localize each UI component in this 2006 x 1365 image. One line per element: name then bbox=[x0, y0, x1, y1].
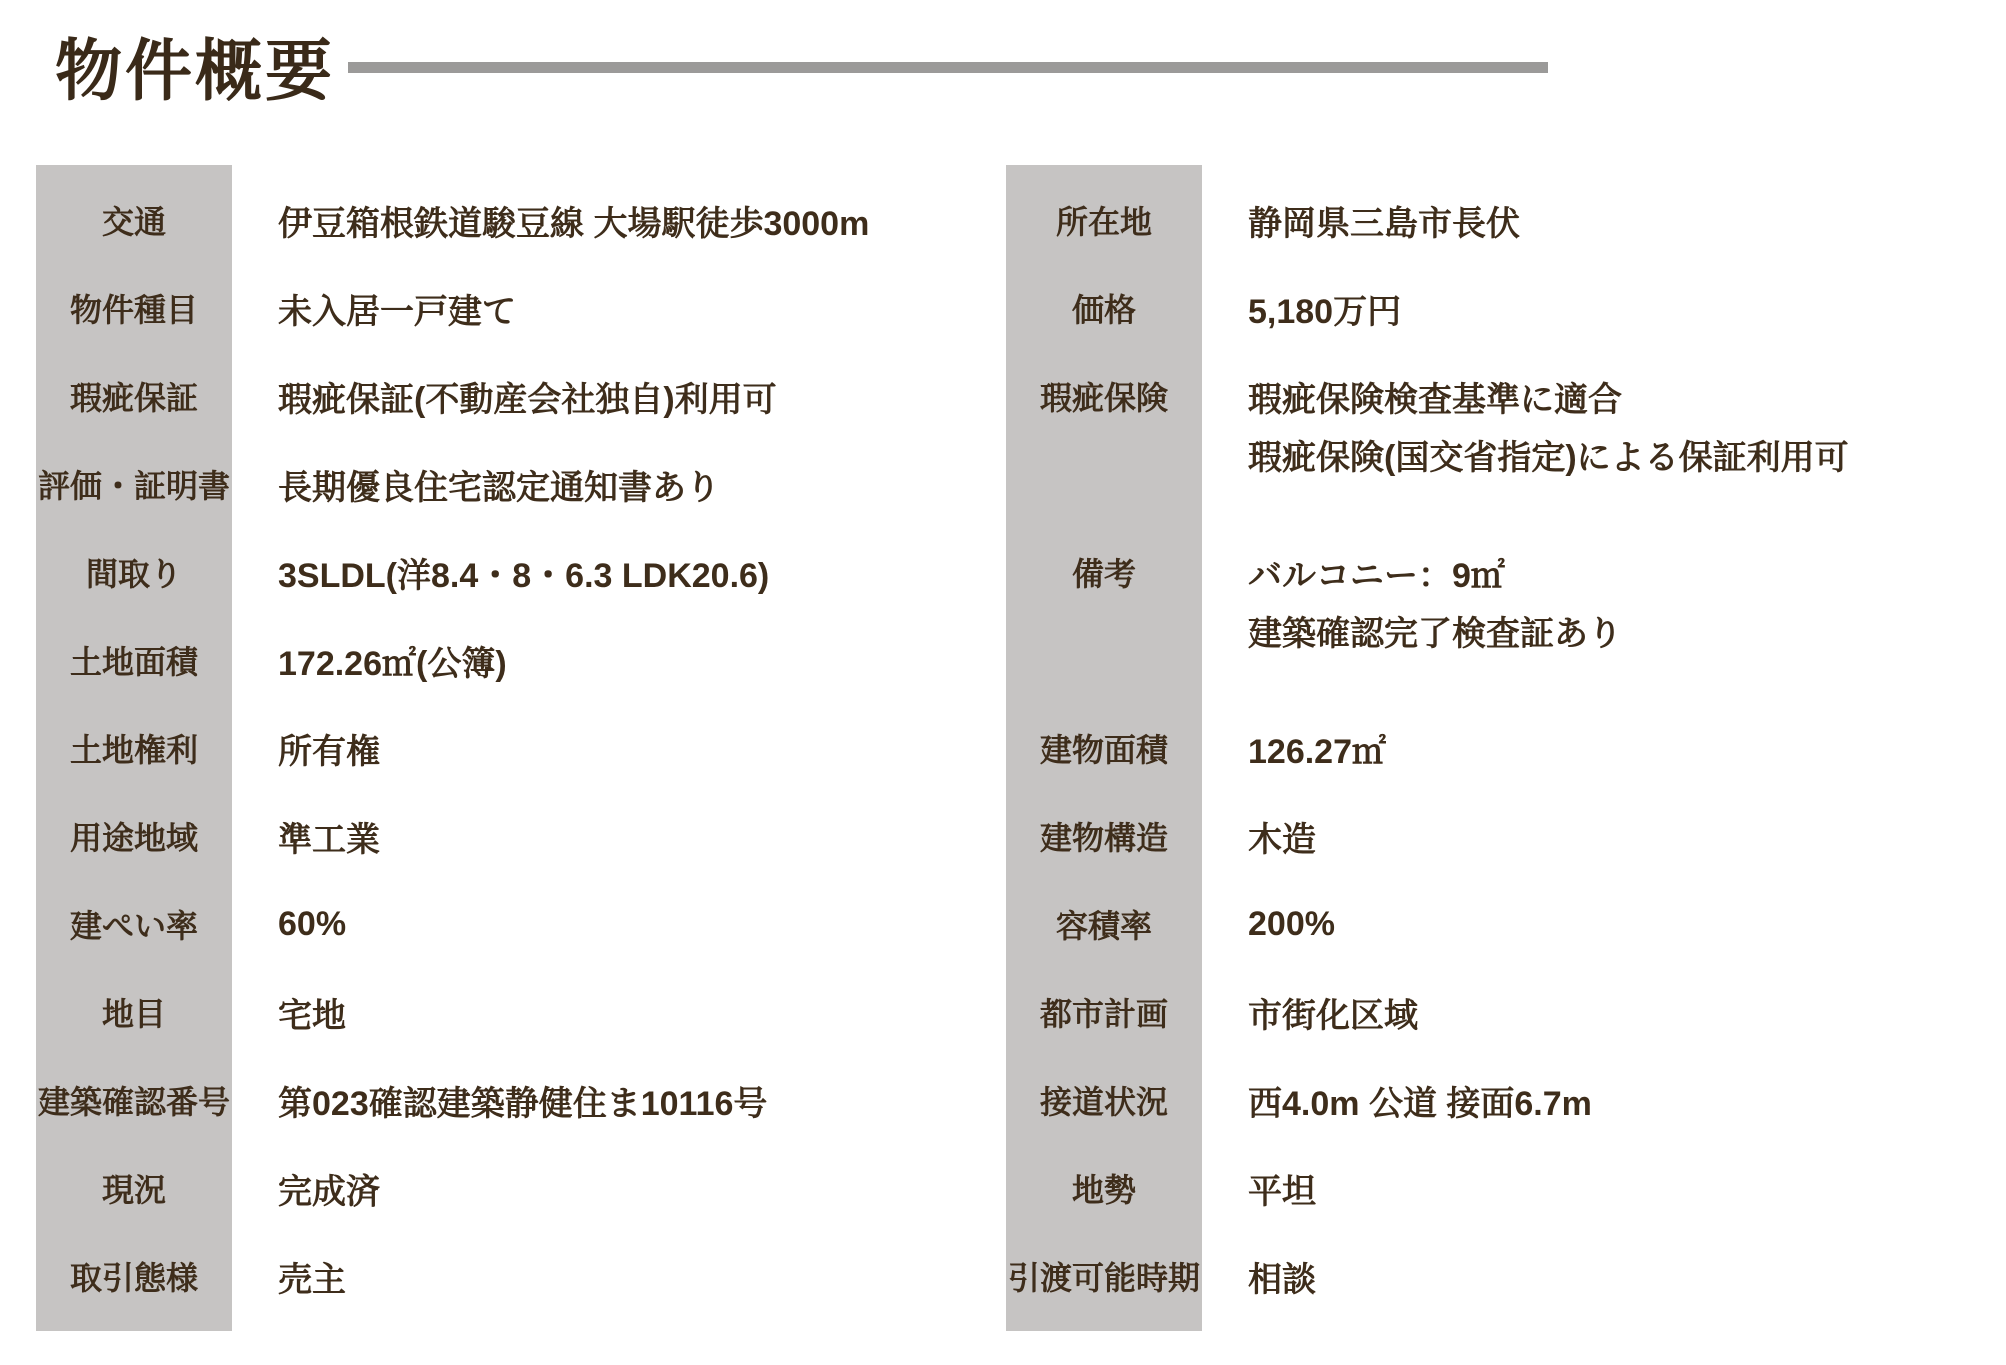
property-overview-page: 物件概要 交通伊豆箱根鉄道駿豆線 大場駅徒歩3000m物件種目未入居一戸建て瑕疵… bbox=[0, 0, 2006, 1365]
title-rule bbox=[348, 62, 1548, 73]
row-label: 備考 bbox=[1006, 528, 1202, 704]
page-title: 物件概要 bbox=[55, 18, 335, 114]
property-table-right: 所在地静岡県三島市長伏価格5,180万円瑕疵保険瑕疵保険検査基準に適合瑕疵保険(… bbox=[1006, 165, 2004, 1331]
row-label: 容積率 bbox=[1006, 880, 1202, 968]
row-value: 172.26㎡(公簿) bbox=[232, 616, 986, 704]
row-value: 木造 bbox=[1202, 792, 2004, 880]
row-value: 第023確認建築静健住ま10116号 bbox=[232, 1056, 986, 1144]
row-label: 建物構造 bbox=[1006, 792, 1202, 880]
row-label-text: 土地権利 bbox=[70, 704, 198, 792]
row-value-line: 平坦 bbox=[1248, 1159, 1316, 1217]
row-label: 物件種目 bbox=[36, 264, 232, 352]
row-value-line: 市街化区域 bbox=[1248, 983, 1418, 1041]
row-label: 価格 bbox=[1006, 264, 1202, 352]
row-value: 平坦 bbox=[1202, 1144, 2004, 1232]
row-value-line: 所有権 bbox=[278, 719, 380, 777]
row-value-line: 静岡県三島市長伏 bbox=[1248, 191, 1520, 249]
row-value: 静岡県三島市長伏 bbox=[1202, 176, 2004, 264]
row-label-text: 価格 bbox=[1072, 264, 1136, 352]
row-label: 瑕疵保証 bbox=[36, 352, 232, 440]
row-value-line: 宅地 bbox=[278, 983, 346, 1041]
row-label: 間取り bbox=[36, 528, 232, 616]
row-label-text: 交通 bbox=[102, 176, 166, 264]
row-value-line: 売主 bbox=[278, 1247, 346, 1305]
row-label-text: 建物構造 bbox=[1040, 792, 1168, 880]
row-value: 西4.0m 公道 接面6.7m bbox=[1202, 1056, 2004, 1144]
row-label: 取引態様 bbox=[36, 1232, 232, 1320]
row-value-line: 3SLDL(洋8.4・8・6.3 LDK20.6) bbox=[278, 543, 769, 601]
row-value: 200% bbox=[1202, 880, 2004, 968]
row-value-line: 相談 bbox=[1248, 1247, 1316, 1305]
row-label-text: 建ぺい率 bbox=[70, 880, 198, 968]
row-label: 交通 bbox=[36, 176, 232, 264]
row-value-line: バルコニー：9㎡ bbox=[1248, 543, 1505, 601]
row-label: 用途地域 bbox=[36, 792, 232, 880]
row-value-line: 未入居一戸建て bbox=[278, 279, 516, 337]
row-label-text: 建物面積 bbox=[1040, 704, 1168, 792]
row-label-text: 地勢 bbox=[1072, 1144, 1136, 1232]
row-label-text: 建築確認番号 bbox=[38, 1056, 230, 1144]
row-label-text: 接道状況 bbox=[1040, 1056, 1168, 1144]
row-value: 準工業 bbox=[232, 792, 986, 880]
row-value: 売主 bbox=[232, 1232, 986, 1320]
row-value-line: 瑕疵保険(国交省指定)による保証利用可 bbox=[1248, 425, 1849, 483]
table-grid-left: 交通伊豆箱根鉄道駿豆線 大場駅徒歩3000m物件種目未入居一戸建て瑕疵保証瑕疵保… bbox=[36, 176, 986, 1320]
row-value: 瑕疵保険検査基準に適合瑕疵保険(国交省指定)による保証利用可 bbox=[1202, 352, 2004, 528]
row-value: 市街化区域 bbox=[1202, 968, 2004, 1056]
row-value-line: 60% bbox=[278, 895, 346, 953]
row-label-text: 評価・証明書 bbox=[38, 440, 230, 528]
row-value: 所有権 bbox=[232, 704, 986, 792]
row-value-line: 5,180万円 bbox=[1248, 279, 1401, 337]
row-value-line: 瑕疵保険検査基準に適合 bbox=[1248, 367, 1622, 425]
row-value: 60% bbox=[232, 880, 986, 968]
row-label: 建築確認番号 bbox=[36, 1056, 232, 1144]
row-value-line: 建築確認完了検査証あり bbox=[1248, 601, 1622, 659]
row-value: 宅地 bbox=[232, 968, 986, 1056]
row-value: 5,180万円 bbox=[1202, 264, 2004, 352]
row-label-text: 瑕疵保険 bbox=[1040, 352, 1168, 440]
row-label: 都市計画 bbox=[1006, 968, 1202, 1056]
row-label: 引渡可能時期 bbox=[1006, 1232, 1202, 1320]
row-value: 伊豆箱根鉄道駿豆線 大場駅徒歩3000m bbox=[232, 176, 986, 264]
row-value-line: 長期優良住宅認定通知書あり bbox=[278, 455, 720, 513]
row-label: 地勢 bbox=[1006, 1144, 1202, 1232]
row-label: 接道状況 bbox=[1006, 1056, 1202, 1144]
row-value-line: 準工業 bbox=[278, 807, 380, 865]
property-table-left: 交通伊豆箱根鉄道駿豆線 大場駅徒歩3000m物件種目未入居一戸建て瑕疵保証瑕疵保… bbox=[36, 165, 986, 1331]
row-label-text: 用途地域 bbox=[70, 792, 198, 880]
row-label-text: 瑕疵保証 bbox=[70, 352, 198, 440]
row-value-line: 172.26㎡(公簿) bbox=[278, 631, 507, 689]
row-label: 建物面積 bbox=[1006, 704, 1202, 792]
row-value-line: 完成済 bbox=[278, 1159, 380, 1217]
row-label-text: 現況 bbox=[102, 1144, 166, 1232]
row-label-text: 都市計画 bbox=[1040, 968, 1168, 1056]
row-value: 完成済 bbox=[232, 1144, 986, 1232]
row-label: 現況 bbox=[36, 1144, 232, 1232]
row-value-line: 瑕疵保証(不動産会社独自)利用可 bbox=[278, 367, 777, 425]
row-label-text: 取引態様 bbox=[70, 1232, 198, 1320]
row-value: 3SLDL(洋8.4・8・6.3 LDK20.6) bbox=[232, 528, 986, 616]
row-value-line: 200% bbox=[1248, 895, 1335, 953]
row-label-text: 所在地 bbox=[1056, 176, 1152, 264]
row-value-line: 西4.0m 公道 接面6.7m bbox=[1248, 1071, 1592, 1129]
row-label-text: 容積率 bbox=[1056, 880, 1152, 968]
row-value: 未入居一戸建て bbox=[232, 264, 986, 352]
row-label: 地目 bbox=[36, 968, 232, 1056]
row-value-line: 木造 bbox=[1248, 807, 1316, 865]
row-value: 126.27㎡ bbox=[1202, 704, 2004, 792]
row-value: 長期優良住宅認定通知書あり bbox=[232, 440, 986, 528]
row-label: 瑕疵保険 bbox=[1006, 352, 1202, 528]
row-value-line: 126.27㎡ bbox=[1248, 719, 1386, 777]
row-label: 建ぺい率 bbox=[36, 880, 232, 968]
table-grid-right: 所在地静岡県三島市長伏価格5,180万円瑕疵保険瑕疵保険検査基準に適合瑕疵保険(… bbox=[1006, 176, 2004, 1320]
row-label-text: 土地面積 bbox=[70, 616, 198, 704]
row-label-text: 地目 bbox=[102, 968, 166, 1056]
row-label: 土地権利 bbox=[36, 704, 232, 792]
row-value-line: 第023確認建築静健住ま10116号 bbox=[278, 1071, 767, 1129]
row-label-text: 引渡可能時期 bbox=[1008, 1232, 1200, 1320]
row-label: 評価・証明書 bbox=[36, 440, 232, 528]
row-value: 瑕疵保証(不動産会社独自)利用可 bbox=[232, 352, 986, 440]
row-value-line: 伊豆箱根鉄道駿豆線 大場駅徒歩3000m bbox=[278, 191, 869, 249]
row-value: バルコニー：9㎡建築確認完了検査証あり bbox=[1202, 528, 2004, 704]
row-label-text: 間取り bbox=[86, 528, 182, 616]
row-label: 所在地 bbox=[1006, 176, 1202, 264]
row-label-text: 備考 bbox=[1072, 528, 1136, 616]
row-label: 土地面積 bbox=[36, 616, 232, 704]
row-label-text: 物件種目 bbox=[70, 264, 198, 352]
row-value: 相談 bbox=[1202, 1232, 2004, 1320]
